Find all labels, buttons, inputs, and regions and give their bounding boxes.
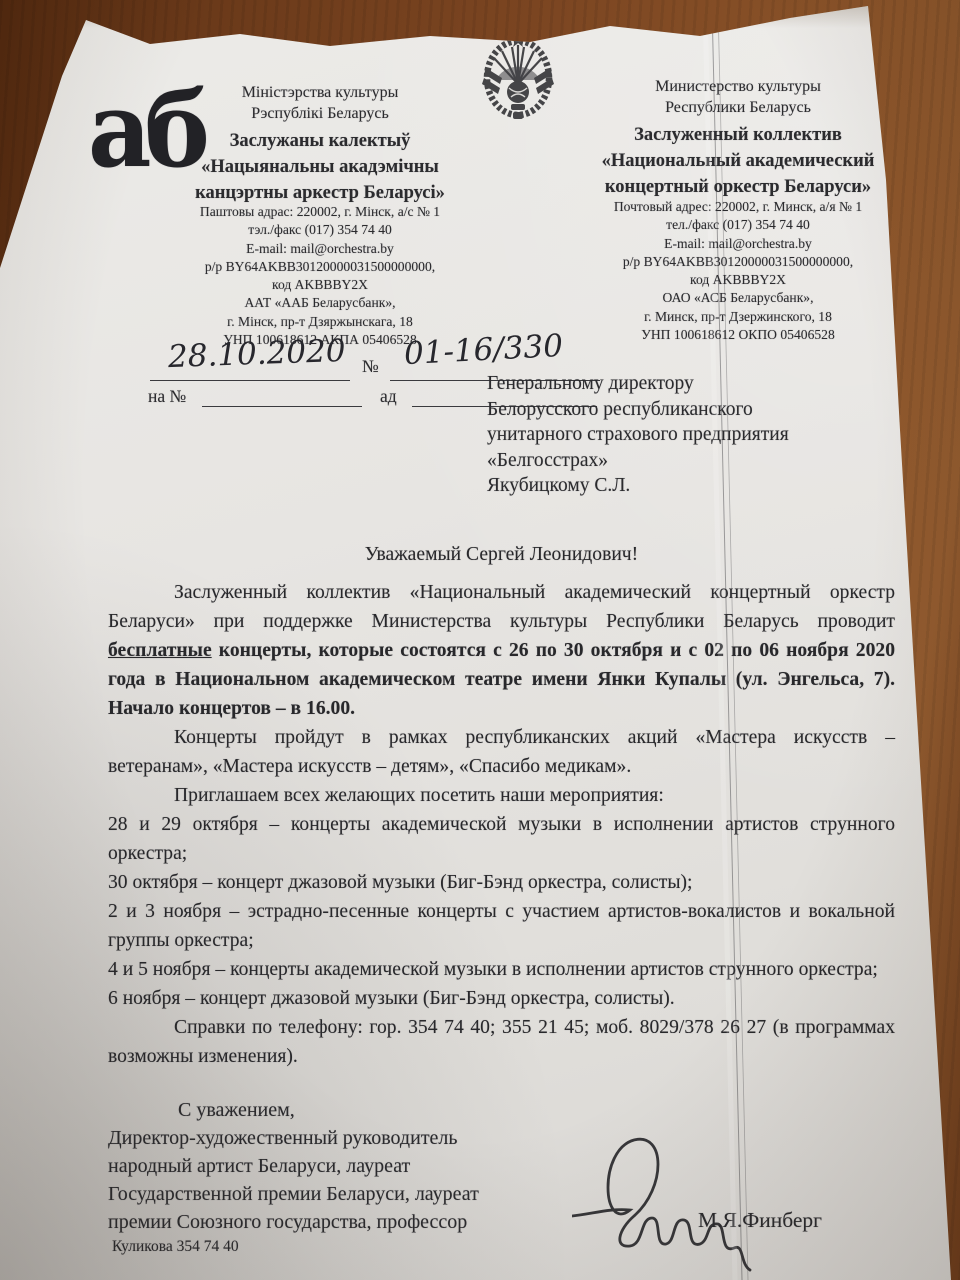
photographed-letter: { "colors": { "wood": "#7b4521", "paper"… <box>0 0 960 1280</box>
letter-paper: аб Міністэрства культуры Рэспублікі Бела… <box>0 0 960 1280</box>
paper-crease <box>0 0 960 1280</box>
